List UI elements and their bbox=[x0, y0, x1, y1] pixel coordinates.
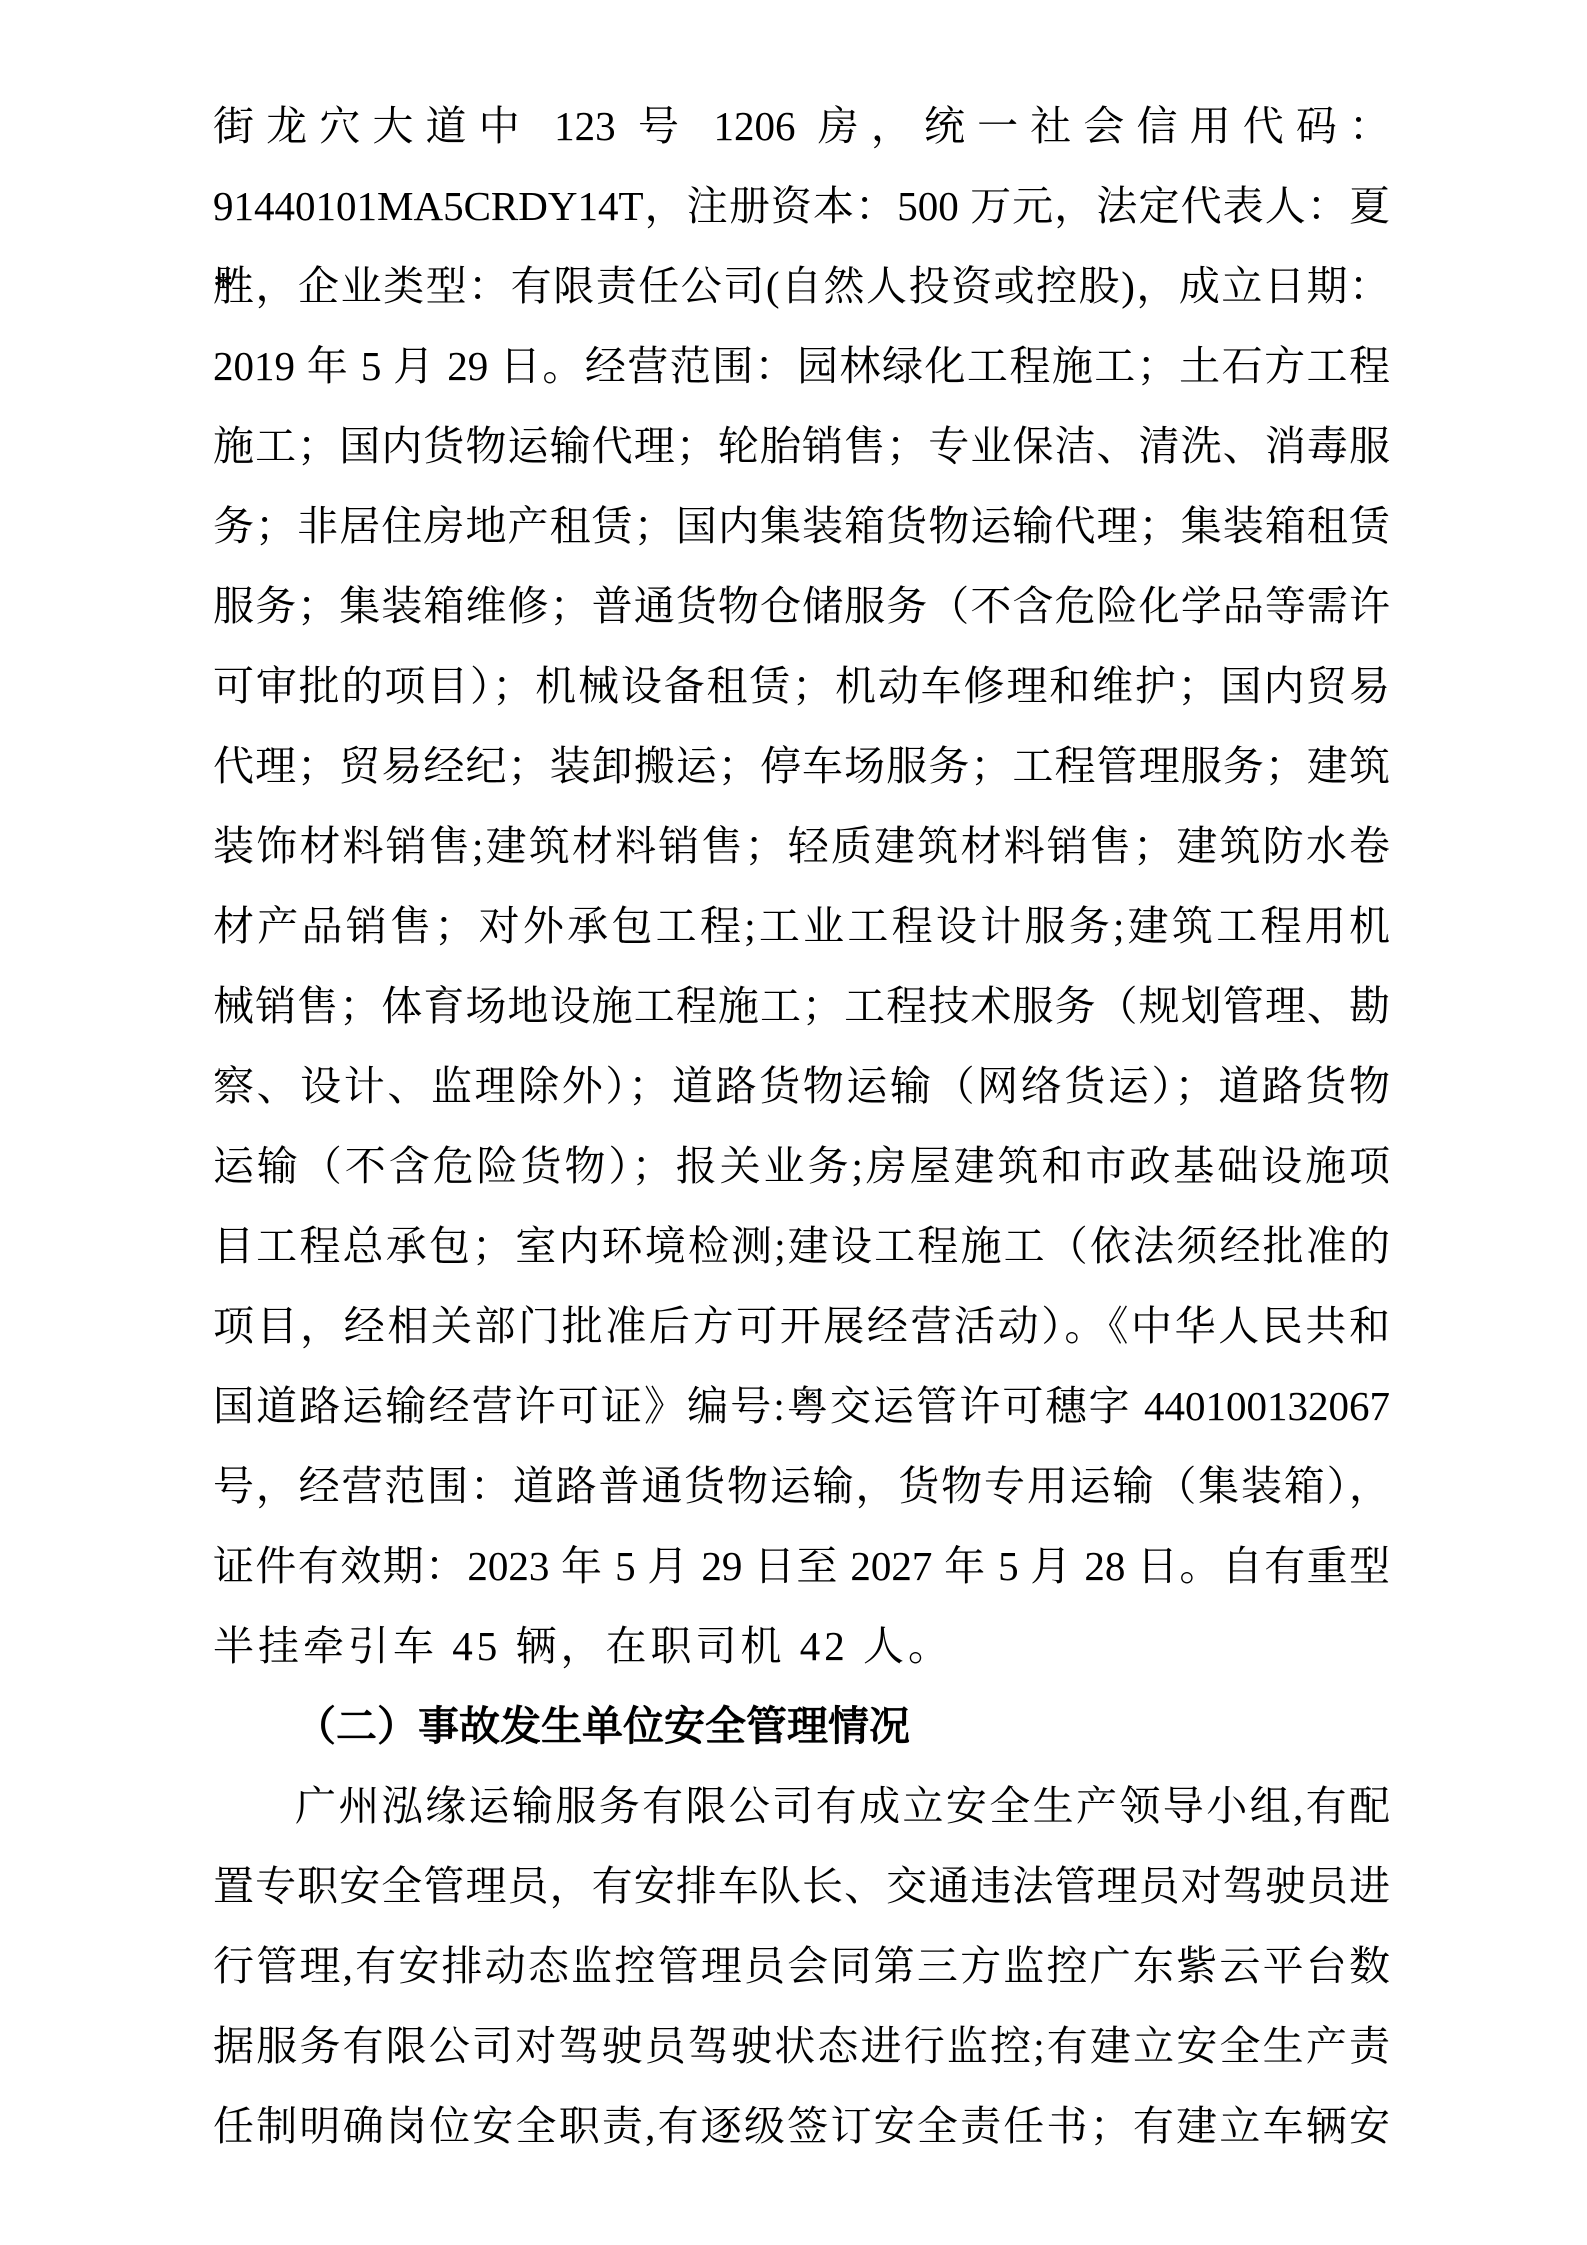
text-line: 代理；贸易经纪；装卸搬运；停车场服务；工程管理服务；建筑 bbox=[213, 726, 1390, 806]
text-line: 运输（不含危险货物）；报关业务;房屋建筑和市政基础设施项 bbox=[213, 1126, 1390, 1206]
text-line: 街龙穴大道中 123 号 1206 房，统一社会信用代码： bbox=[213, 86, 1390, 166]
text-line: 号，经营范围：道路普通货物运输，货物专用运输（集装箱）， bbox=[213, 1446, 1390, 1526]
text-line: 可审批的项目）；机械设备租赁；机动车修理和维护；国内贸易 bbox=[213, 646, 1390, 726]
document-page: 街龙穴大道中 123 号 1206 房，统一社会信用代码：91440101MA5… bbox=[0, 0, 1587, 2245]
text-line: 任制明确岗位安全职责,有逐级签订安全责任书；有建立车辆安 bbox=[213, 2086, 1390, 2166]
document-body: 街龙穴大道中 123 号 1206 房，统一社会信用代码：91440101MA5… bbox=[213, 86, 1390, 2166]
text-line: 施工；国内货物运输代理；轮胎销售；专业保洁、清洗、消毒服 bbox=[213, 406, 1390, 486]
text-line: 证件有效期：2023 年 5 月 29 日至 2027 年 5 月 28 日。自… bbox=[213, 1526, 1390, 1606]
text-line: 材产品销售；对外承包工程;工业工程设计服务;建筑工程用机 bbox=[213, 886, 1390, 966]
text-line: 察、设计、监理除外）；道路货物运输（网络货运）；道路货物 bbox=[213, 1046, 1390, 1126]
text-line: 据服务有限公司对驾驶员驾驶状态进行监控;有建立安全生产责 bbox=[213, 2006, 1390, 2086]
text-line: 国道路运输经营许可证》编号:粤交运管许可穗字 440100132067 bbox=[213, 1366, 1390, 1446]
text-line: 服务；集装箱维修；普通货物仓储服务（不含危险化学品等需许 bbox=[213, 566, 1390, 646]
text-line: 目工程总承包；室内环境检测;建设工程施工（依法须经批准的 bbox=[213, 1206, 1390, 1286]
text-line: 2019 年 5 月 29 日。经营范围：园林绿化工程施工；土石方工程 bbox=[213, 326, 1390, 406]
text-line: 械销售；体育场地设施工程施工；工程技术服务（规划管理、勘 bbox=[213, 966, 1390, 1046]
text-line: 装饰材料销售;建筑材料销售；轻质建筑材料销售；建筑防水卷 bbox=[213, 806, 1390, 886]
text-line: 项目，经相关部门批准后方可开展经营活动）。《中华人民共和 bbox=[213, 1286, 1390, 1366]
text-line: 行管理,有安排动态监控管理员会同第三方监控广东紫云平台数 bbox=[213, 1926, 1390, 2006]
text-line: 半挂牵引车 45 辆，在职司机 42 人。 bbox=[213, 1606, 1390, 1686]
text-line: 胜，企业类型：有限责任公司(自然人投资或控股)，成立日期： bbox=[213, 246, 1390, 326]
text-line: 广州泓缘运输服务有限公司有成立安全生产领导小组,有配 bbox=[213, 1766, 1390, 1846]
section-heading: （二）事故发生单位安全管理情况 bbox=[213, 1686, 1390, 1766]
text-line: 务；非居住房地产租赁；国内集装箱货物运输代理；集装箱租赁 bbox=[213, 486, 1390, 566]
text-line: 91440101MA5CRDY14T，注册资本：500 万元，法定代表人：夏* bbox=[213, 166, 1390, 246]
text-line: 置专职安全管理员，有安排车队长、交通违法管理员对驾驶员进 bbox=[213, 1846, 1390, 1926]
